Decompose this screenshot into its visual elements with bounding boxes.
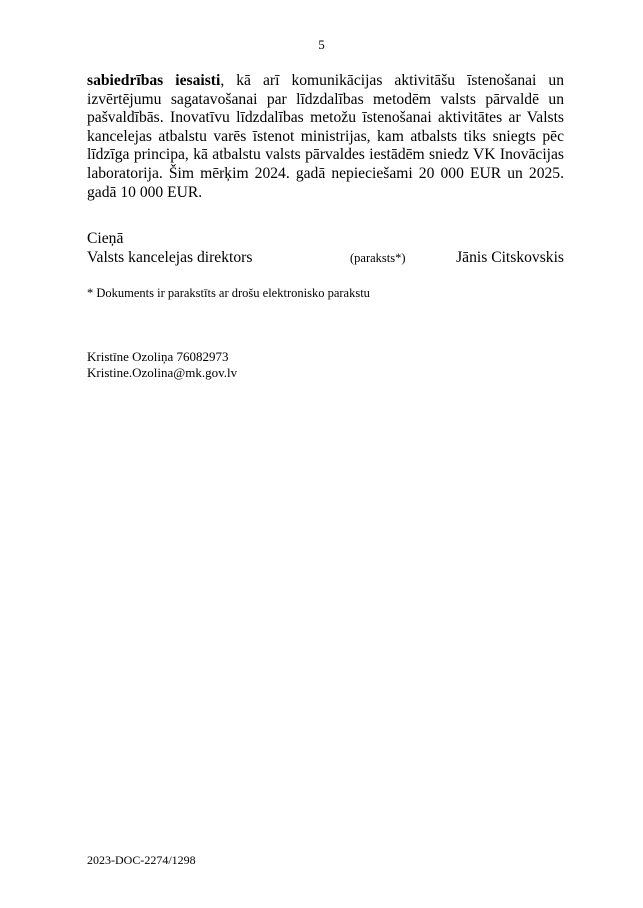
contact-name-phone: Kristīne Ozoliņa 76082973 — [87, 349, 237, 365]
contact-email: Kristine.Ozolina@mk.gov.lv — [87, 365, 237, 381]
contact-block: Kristīne Ozoliņa 76082973 Kristine.Ozoli… — [87, 349, 237, 381]
bold-lead-text: sabiedrības iesaisti — [87, 72, 220, 89]
page-number: 5 — [0, 37, 643, 53]
body-text: , kā arī komunikācijas aktivitāšu īsteno… — [87, 72, 564, 201]
closing-salutation: Cieņā — [87, 230, 123, 249]
signature-footnote: * Dokuments ir parakstīts ar drošu elekt… — [87, 286, 370, 301]
signer-name: Jānis Citskovskis — [456, 249, 564, 267]
signature-mark: (paraksts*) — [350, 251, 406, 266]
body-paragraph: sabiedrības iesaisti, kā arī komunikācij… — [87, 72, 564, 202]
signer-title: Valsts kancelejas direktors — [87, 249, 252, 267]
document-id: 2023-DOC-2274/1298 — [87, 853, 196, 868]
signature-row: Valsts kancelejas direktors (paraksts*) … — [87, 249, 564, 269]
